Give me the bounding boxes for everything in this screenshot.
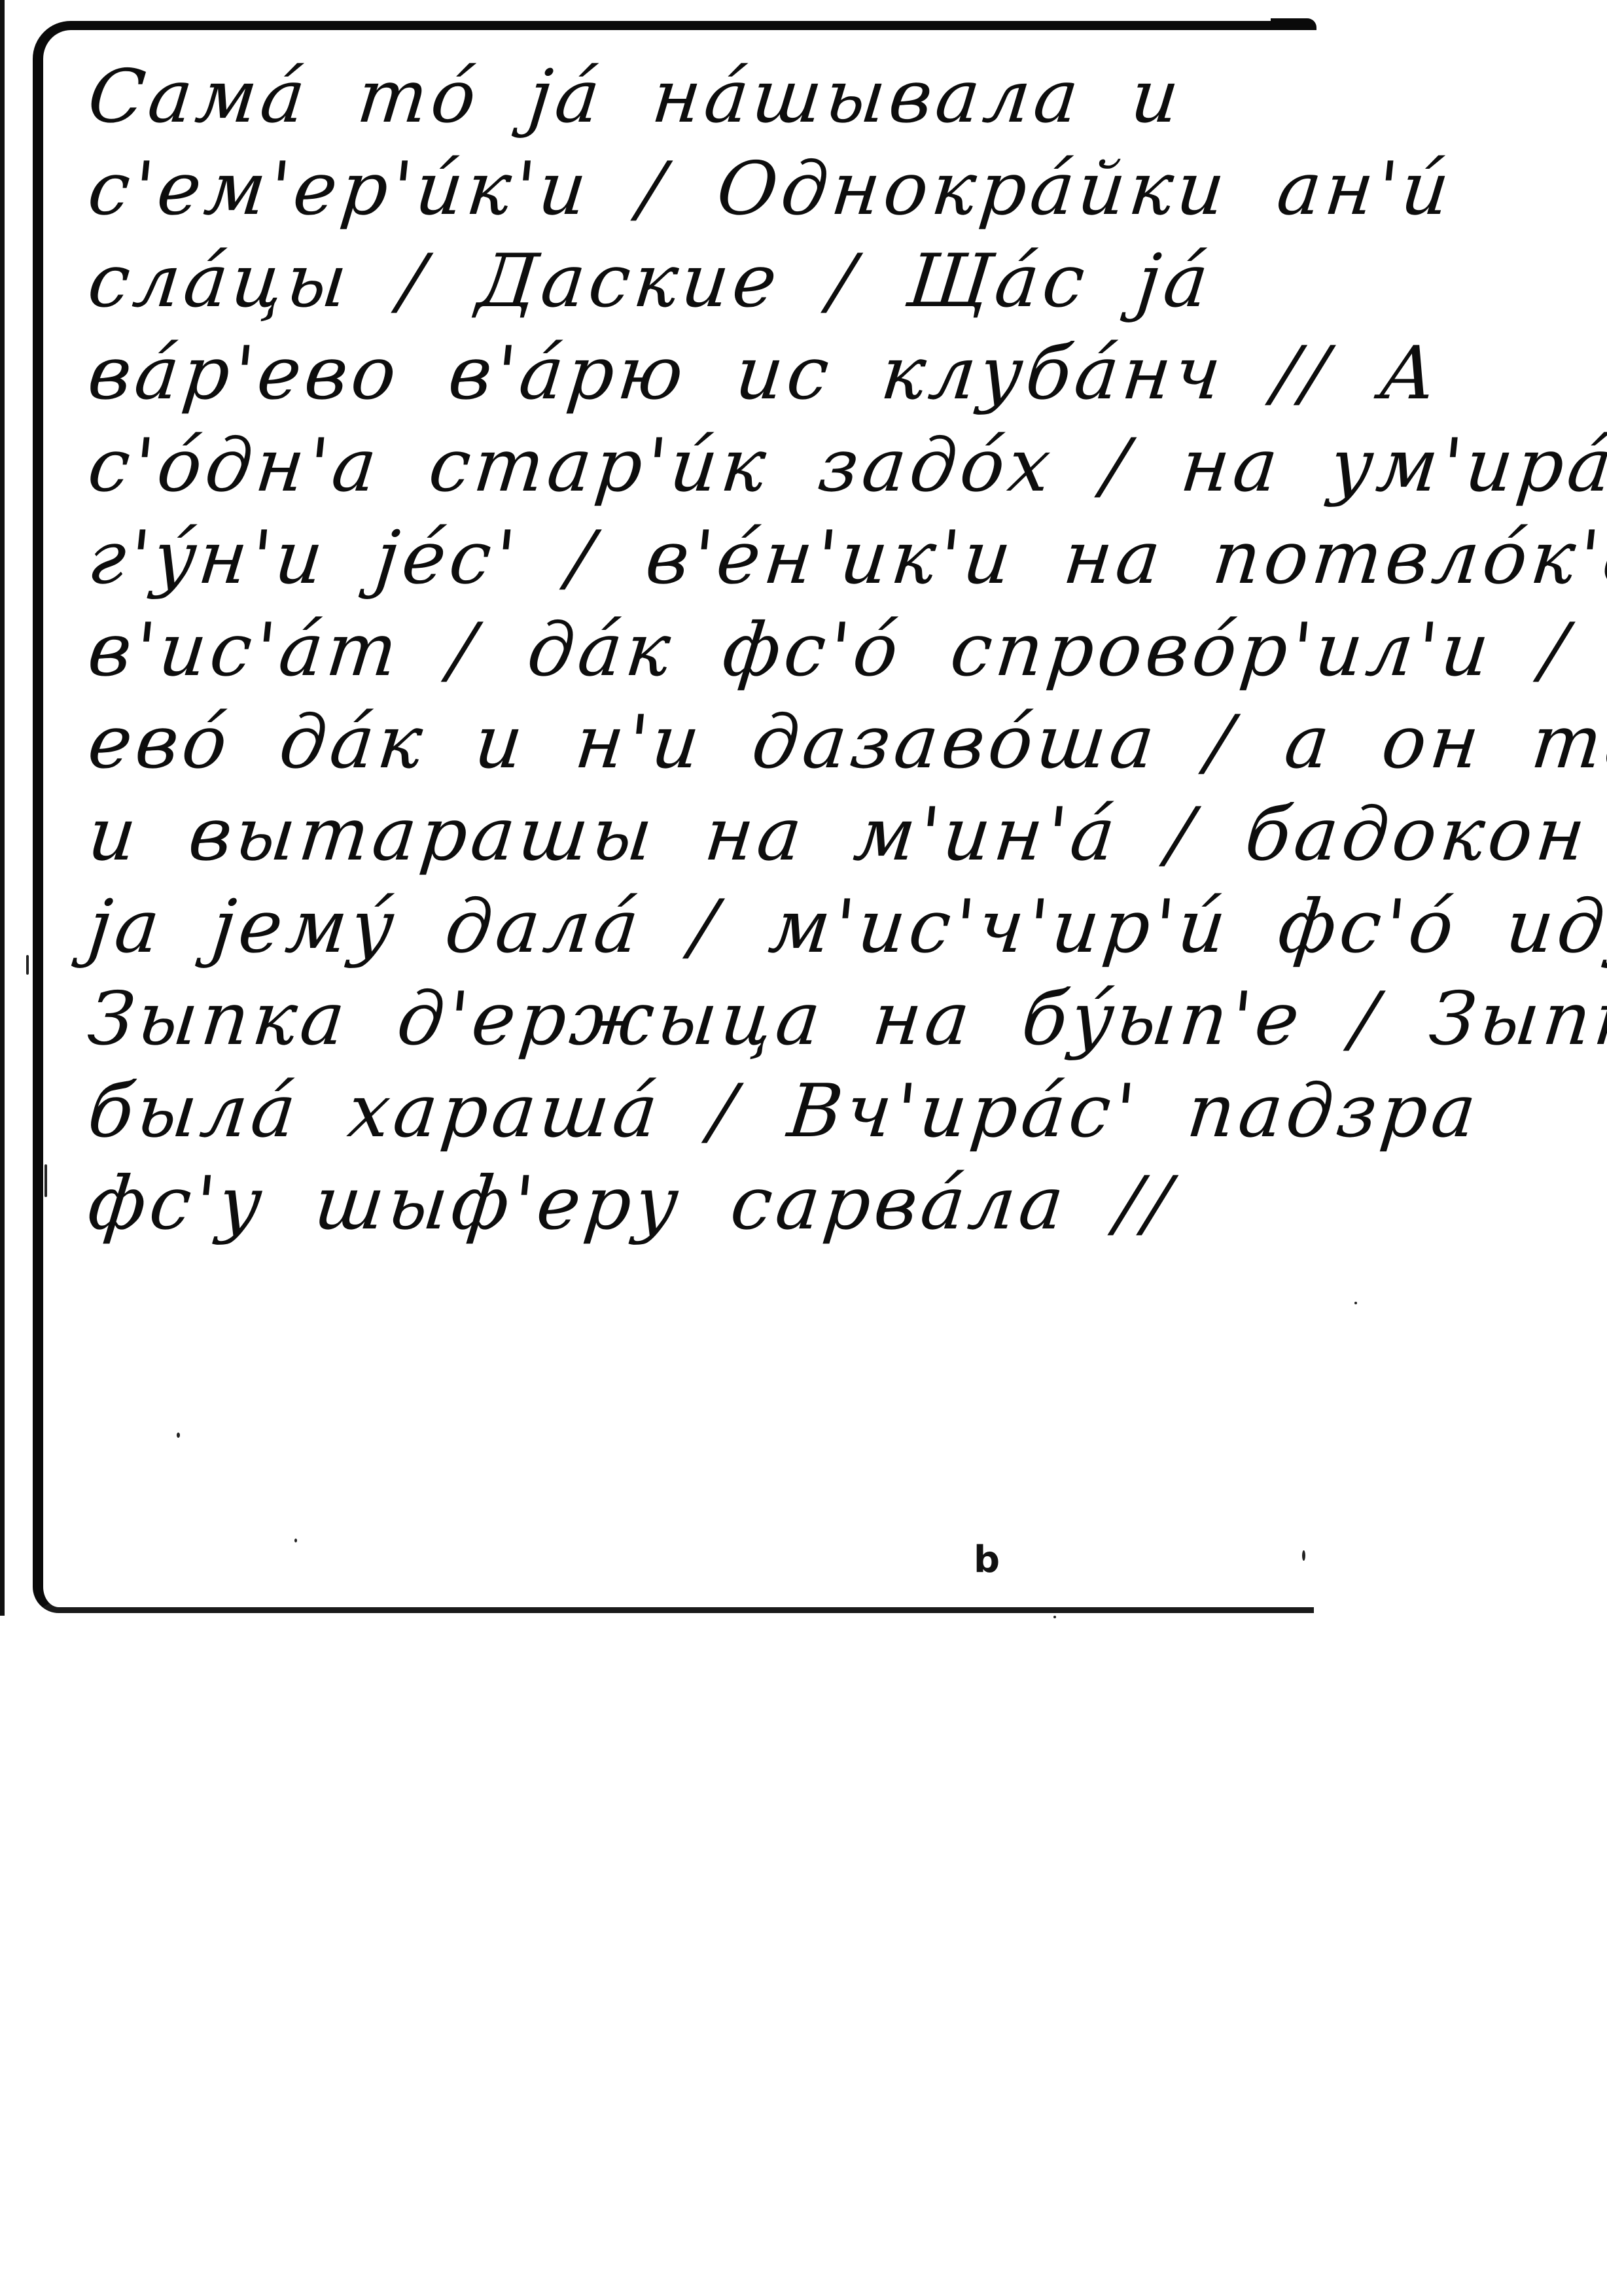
text-line-8: евó дáк и н'и дазавóша / а он тальцó: [84, 697, 1337, 789]
text-line-11: Зыпка д'ержыца на бýып'е / Зыпка: [84, 973, 1337, 1066]
scan-edge: [0, 0, 5, 1616]
scan-speck: [26, 955, 29, 975]
text-line-5: с'óдн'а стар'úк задóх / на ум'ирáла: [84, 420, 1337, 512]
text-line-3: слáцы / Даские / Щáс já: [84, 235, 1337, 328]
scan-speck: [294, 1539, 297, 1542]
scan-speck: [1302, 1550, 1305, 1561]
handwritten-text-block: Самá тó já нáшывала и с'ем'ер'úк'и / Одн…: [84, 51, 1327, 1250]
text-line-6: г'ýн'и jéс' / в'éн'ик'и на потвлóк'е: [84, 512, 1337, 604]
text-line-10: jа jемý далá / м'ис'ч'ир'ú фс'ó идýт /: [84, 881, 1337, 973]
text-line-9: и вытарашы на м'ин'á / бадокон: [84, 789, 1337, 881]
scan-speck: [1354, 1302, 1357, 1304]
text-line-12: былá харашá / Вч'ирáс' падзра: [84, 1066, 1337, 1158]
page-mark: b: [974, 1539, 1000, 1581]
text-line-4: вáр'ево в'áрю ис клубáнч // А: [84, 328, 1337, 420]
text-line-7: в'ис'áт / дáк фс'ó спровóр'ил'и / гаркáш: [84, 604, 1337, 697]
scan-speck: [44, 1164, 47, 1197]
text-line-2: с'ем'ер'úк'и / Однокрáйки ан'ú: [84, 143, 1337, 235]
text-line-1: Самá тó já нáшывала и: [84, 51, 1337, 143]
text-line-13: фс'у шыф'еру сарвáла //: [84, 1158, 1337, 1250]
scan-speck: [177, 1433, 180, 1438]
scan-speck: [1053, 1616, 1056, 1618]
